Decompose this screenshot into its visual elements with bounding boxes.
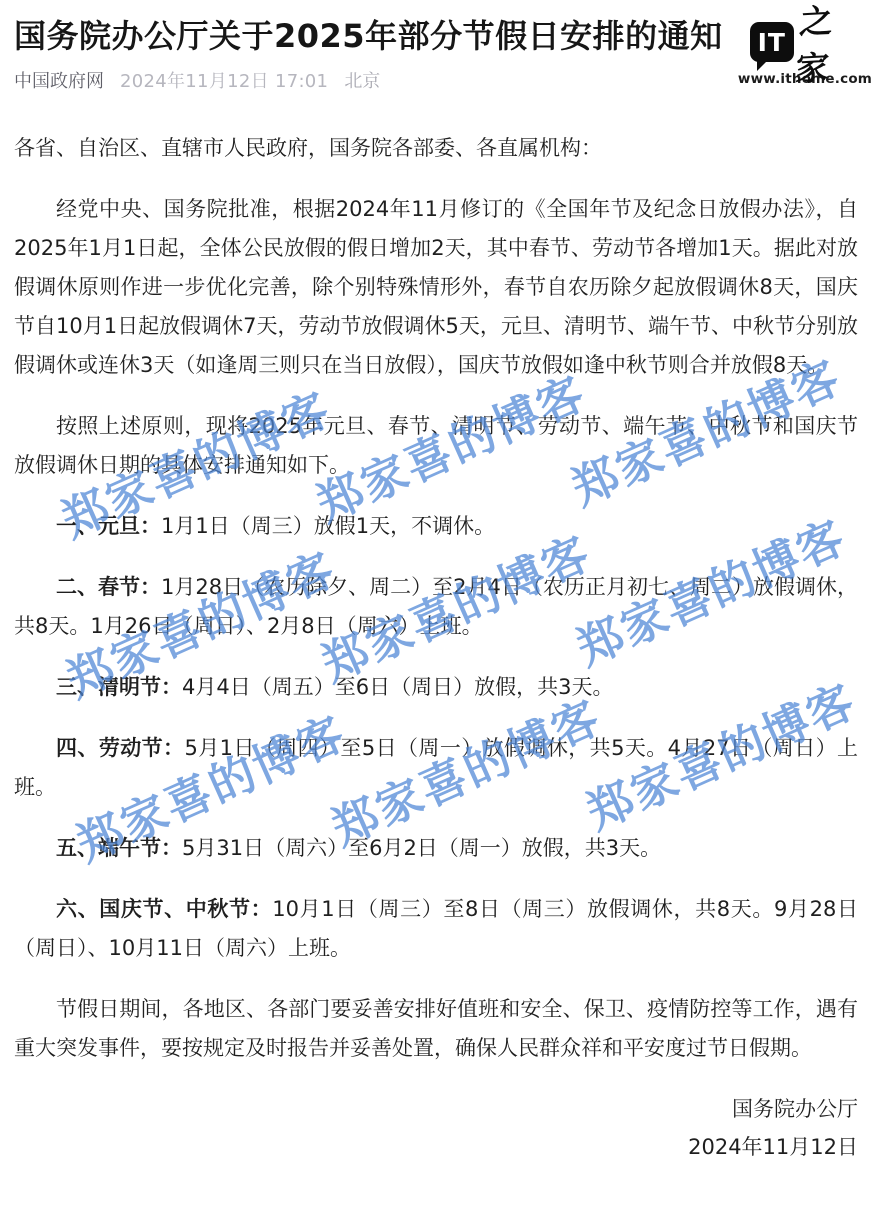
paragraph-principle: 经党中央、国务院批准，根据2024年11月修订的《全国年节及纪念日放假办法》，自… <box>14 190 858 385</box>
signature-org: 国务院办公厅 <box>14 1090 858 1128</box>
holiday-item-qingming: 三、清明节：4月4日（周五）至6日（周日）放假，共3天。 <box>14 668 858 707</box>
page-title: 国务院办公厅关于2025年部分节假日安排的通知 <box>14 0 744 56</box>
zhijia-calligraphy-text: 之家 <box>793 0 864 91</box>
meta-location: 北京 <box>344 71 380 93</box>
ithome-logo[interactable]: IT 之家 www.ithome.com <box>750 20 860 87</box>
holiday-label: 六、国庆节、中秋节： <box>56 897 272 921</box>
holiday-item-labor-day: 四、劳动节：5月1日（周四）至5日（周一）放假调休，共5天。4月27日（周日）上… <box>14 729 858 807</box>
holiday-item-dragon-boat: 五、端午节：5月31日（周六）至6月2日（周一）放假，共3天。 <box>14 829 858 868</box>
meta-source: 中国政府网 <box>14 71 104 93</box>
holiday-item-new-year: 一、元旦：1月1日（周三）放假1天，不调休。 <box>14 507 858 546</box>
holiday-detail: 5月31日（周六）至6月2日（周一）放假，共3天。 <box>182 836 661 860</box>
signature-block: 国务院办公厅 2024年11月12日 <box>14 1090 858 1166</box>
salutation-line: 各省、自治区、直辖市人民政府，国务院各部委、各直属机构： <box>14 129 858 168</box>
article-page: 国务院办公厅关于2025年部分节假日安排的通知 中国政府网 2024年11月12… <box>0 0 872 1213</box>
holiday-item-national-day: 六、国庆节、中秋节：10月1日（周三）至8日（周三）放假调休，共8天。9月28日… <box>14 890 858 968</box>
holiday-label: 二、春节： <box>56 575 161 599</box>
it-badge-text: IT <box>758 28 786 57</box>
holiday-label: 五、端午节： <box>56 836 182 860</box>
holiday-detail: 1月1日（周三）放假1天，不调休。 <box>161 514 495 538</box>
paragraph-plan-intro: 按照上述原则，现将2025年元旦、春节、清明节、劳动节、端午节、中秋节和国庆节放… <box>14 407 858 485</box>
paragraph-closing: 节假日期间，各地区、各部门要妥善安排好值班和安全、保卫、疫情防控等工作，遇有重大… <box>14 990 858 1068</box>
holiday-detail: 4月4日（周五）至6日（周日）放假，共3天。 <box>182 675 613 699</box>
it-speech-bubble-icon: IT <box>750 22 794 62</box>
holiday-label: 四、劳动节： <box>56 736 184 760</box>
article-body: 各省、自治区、直辖市人民政府，国务院各部委、各直属机构： 经党中央、国务院批准，… <box>14 129 858 1166</box>
ithome-logo-mark: IT 之家 <box>750 20 860 64</box>
signature-date: 2024年11月12日 <box>14 1128 858 1166</box>
article-meta: 中国政府网 2024年11月12日 17:01 北京 <box>14 71 858 93</box>
holiday-label: 一、元旦： <box>56 514 161 538</box>
holiday-label: 三、清明节： <box>56 675 182 699</box>
holiday-item-spring-festival: 二、春节：1月28日（农历除夕、周二）至2月4日（农历正月初七、周二）放假调休，… <box>14 568 858 646</box>
meta-datetime: 2024年11月12日 17:01 <box>120 71 328 93</box>
